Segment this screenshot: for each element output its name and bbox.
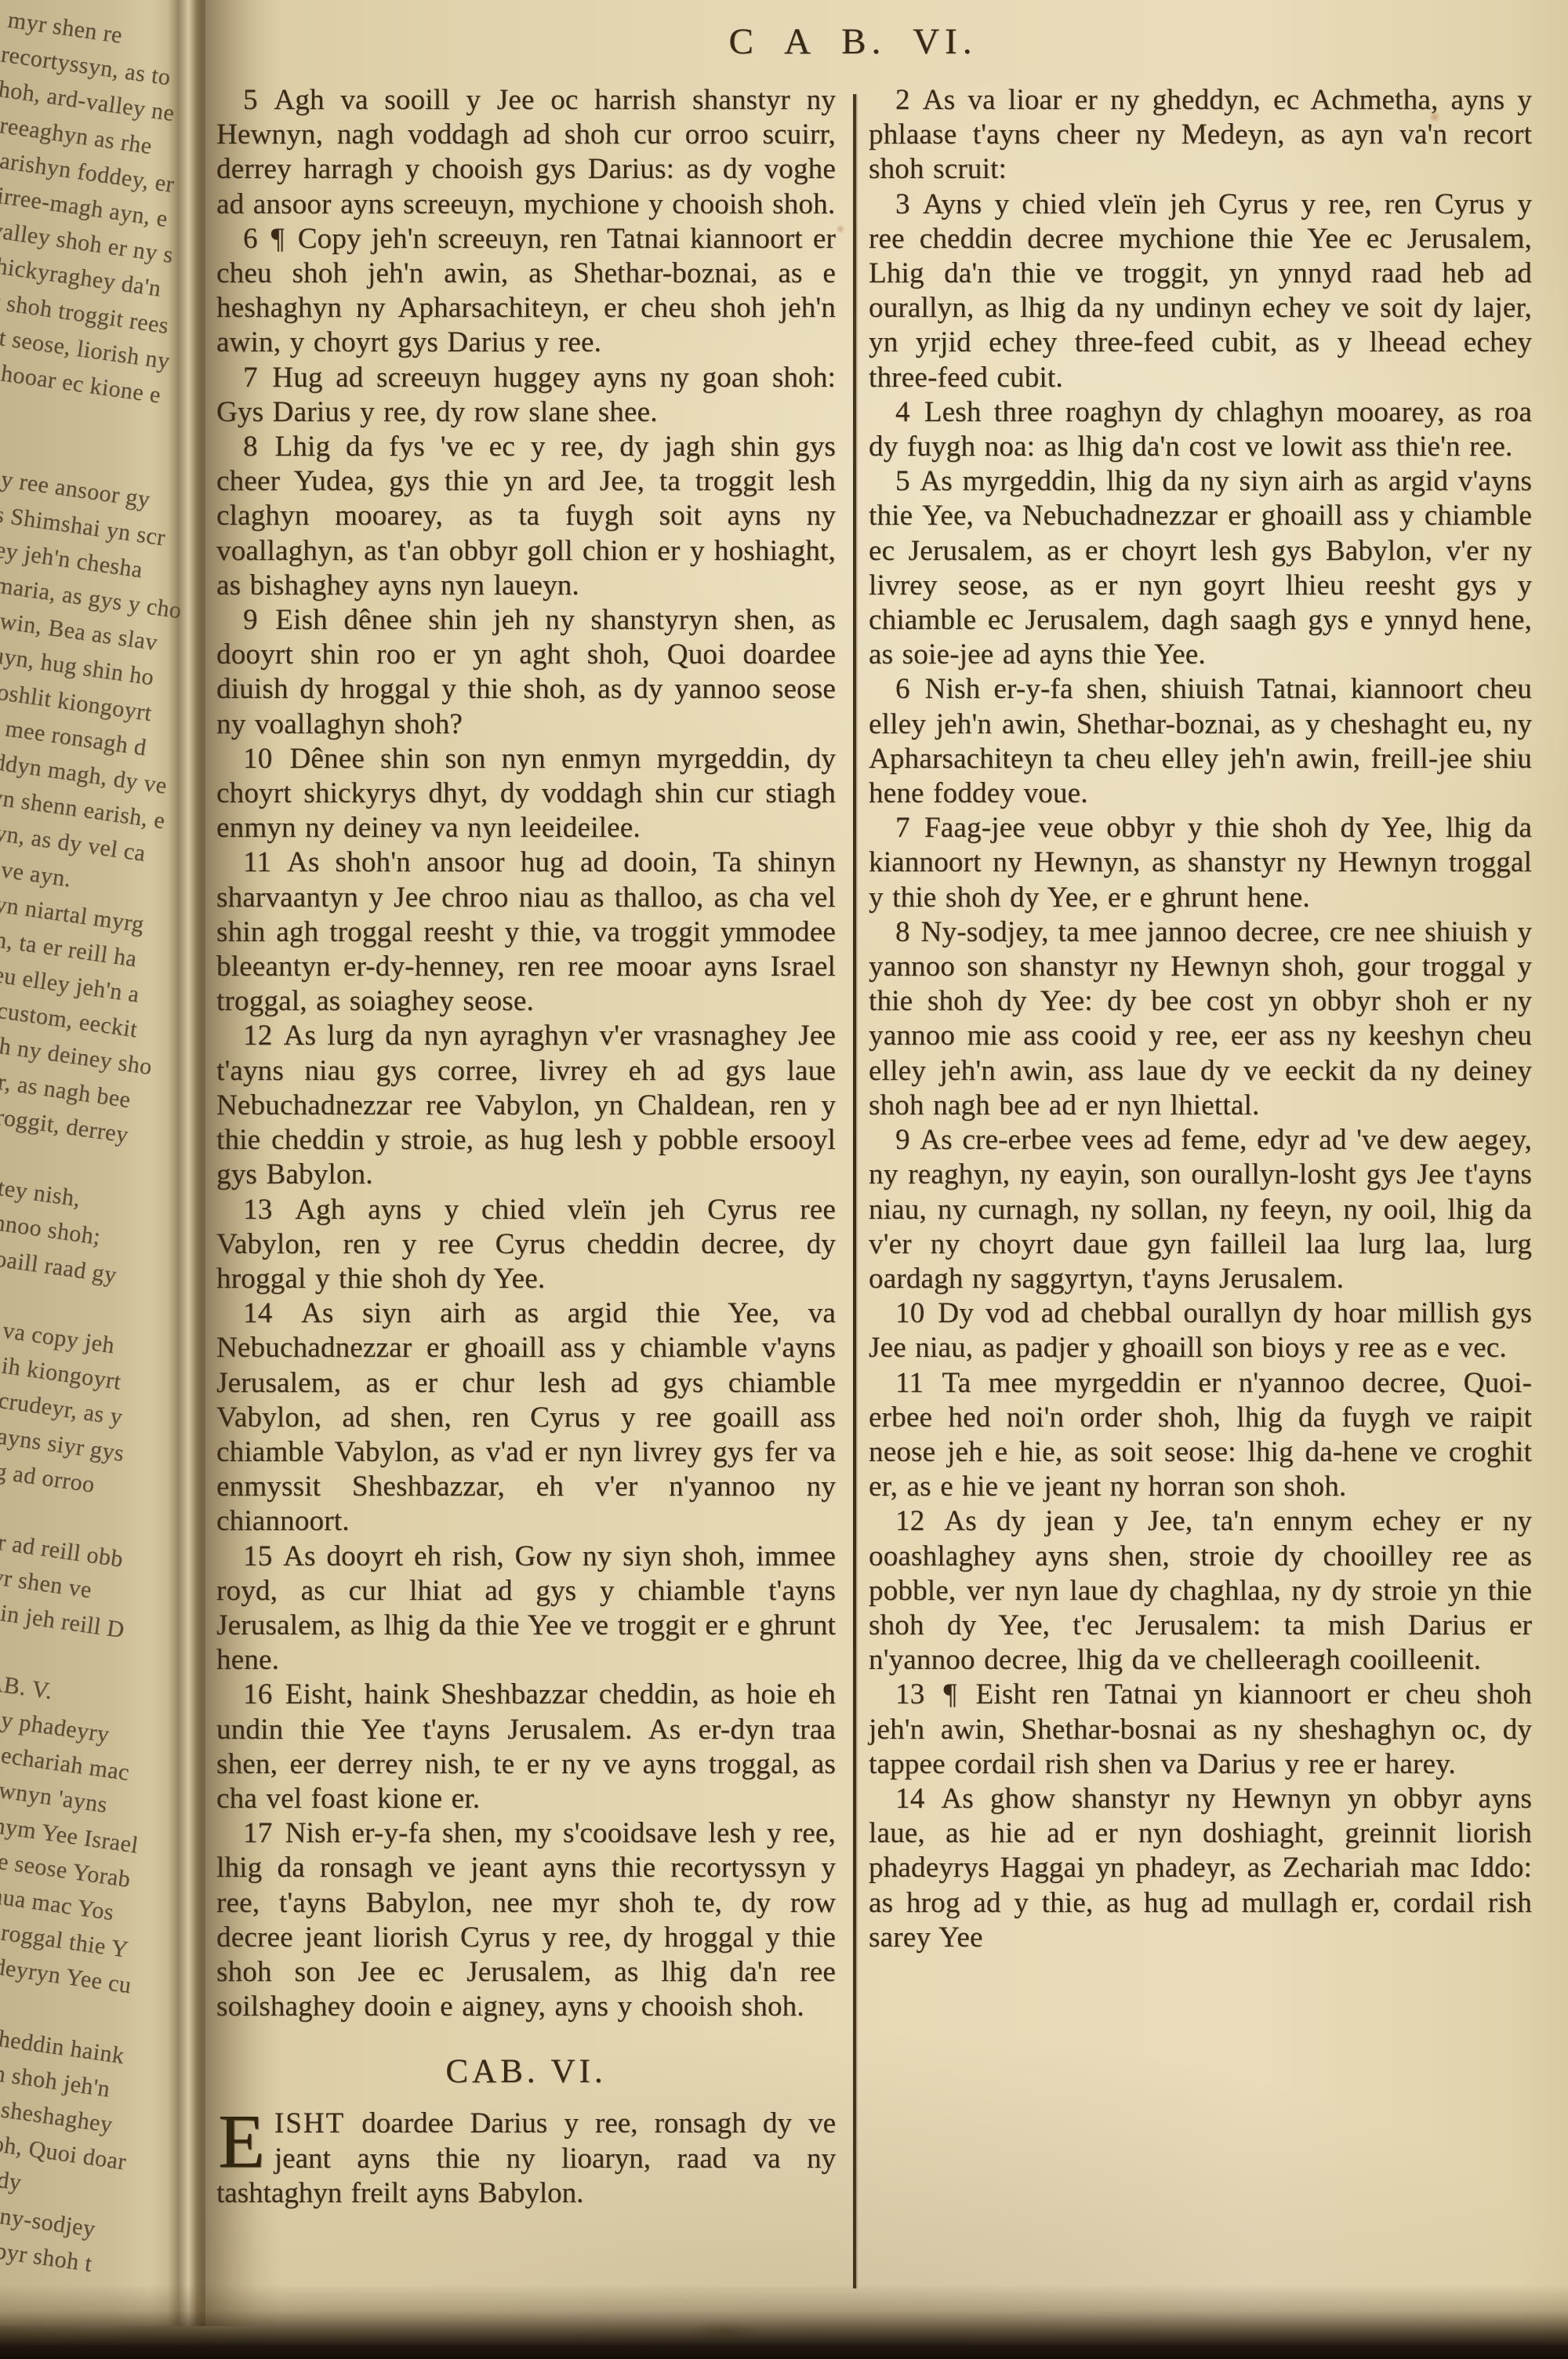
verse-11: 11 Ta mee myrgeddin er n'yannoo decree, … bbox=[869, 1366, 1532, 1505]
verse-number: 12 bbox=[895, 1505, 926, 1537]
verse-14: 14 As siyn airh as argid thie Yee, va Ne… bbox=[216, 1296, 836, 1539]
verse-number: 12 bbox=[243, 1020, 274, 1052]
verse-8: 8 Lhig da fys 've ec y ree, dy jagh shin… bbox=[216, 430, 836, 603]
opening-word-caps: ISHT bbox=[274, 2107, 345, 2139]
verse-number: 11 bbox=[243, 846, 273, 878]
dropcap-initial: E bbox=[218, 2110, 265, 2173]
verse-number: 3 bbox=[895, 188, 912, 220]
left-column-verses: 5 Agh va sooill y Jee oc harrish shansty… bbox=[216, 83, 836, 2024]
verse-number: 14 bbox=[895, 1783, 926, 1815]
foxing-stain bbox=[690, 2321, 760, 2342]
verse-number: 7 bbox=[895, 812, 912, 844]
verse-6: 6 ¶ Copy jeh'n screeuyn, ren Tatnai kian… bbox=[216, 222, 836, 361]
previous-page-edge: yn; myr shen reny recortyssyn, as toy sh… bbox=[0, 0, 202, 2326]
verse-number: 8 bbox=[243, 431, 260, 463]
verse-number: 15 bbox=[243, 1540, 274, 1572]
right-column-verses: 2 As va lioar er ny gheddyn, ec Achmetha… bbox=[869, 83, 1532, 1955]
verse-number: 7 bbox=[243, 362, 260, 394]
verse-10: 10 Dênee shin son nyn enmyn myrgeddin, d… bbox=[216, 742, 836, 846]
verse-12: 12 As dy jean y Jee, ta'n ennym echey er… bbox=[869, 1504, 1532, 1677]
right-column: 2 As va lioar er ny gheddyn, ec Achmetha… bbox=[869, 83, 1532, 1955]
verse-number: 8 bbox=[895, 916, 912, 948]
chapter-heading: CAB. VI. bbox=[216, 2052, 836, 2091]
verse-number: 4 bbox=[895, 396, 912, 428]
verse-3: 3 Ayns y chied vleïn jeh Cyrus y ree, re… bbox=[869, 187, 1532, 395]
book-page-scan: yn; myr shen reny recortyssyn, as toy sh… bbox=[0, 0, 1568, 2359]
verse-number: 6 bbox=[895, 673, 912, 705]
verse-12: 12 As lurg da nyn ayraghyn v'er vrasnagh… bbox=[216, 1019, 836, 1192]
verse-9: 9 As cre-erbee vees ad feme, edyr ad 've… bbox=[869, 1123, 1532, 1296]
verse-number: 6 bbox=[243, 223, 260, 255]
verse-number: 16 bbox=[243, 1678, 274, 1710]
pilcrow-mark: ¶ bbox=[260, 223, 288, 255]
running-head: C A B. VI. bbox=[202, 20, 1504, 63]
verse-11: 11 As shoh'n ansoor hug ad dooin, Ta shi… bbox=[216, 845, 836, 1019]
verse-8: 8 Ny-sodjey, ta mee jannoo decree, cre n… bbox=[869, 915, 1532, 1123]
verse-number: 9 bbox=[243, 604, 260, 636]
book-bottom-edge bbox=[0, 2284, 1568, 2359]
left-column: 5 Agh va sooill y Jee oc harrish shansty… bbox=[216, 83, 836, 2211]
verse-number: 9 bbox=[895, 1124, 912, 1156]
verse-number: 13 bbox=[243, 1194, 274, 1226]
verse-number: 5 bbox=[895, 465, 912, 497]
verse-5: 5 As myrgeddin, lhig da ny siyn airh as … bbox=[869, 464, 1532, 672]
verse-13: 13 ¶ Eisht ren Tatnai yn kiannoort er ch… bbox=[869, 1677, 1532, 1782]
chapter-opening: EISHT doardee Darius y ree, ronsagh dy v… bbox=[216, 2106, 836, 2211]
verse-17: 17 Nish er-y-fa shen, my s'cooidsave les… bbox=[216, 1816, 836, 2024]
verse-number: 2 bbox=[895, 84, 912, 116]
verse-number: 11 bbox=[895, 1367, 925, 1399]
verse-5: 5 Agh va sooill y Jee oc harrish shansty… bbox=[216, 83, 836, 222]
verse-13: 13 Agh ayns y chied vleïn jeh Cyrus ree … bbox=[216, 1193, 836, 1297]
verse-number: 17 bbox=[243, 1817, 274, 1849]
previous-page-text: yn; myr shen reny recortyssyn, as toy sh… bbox=[0, 0, 202, 2265]
verse-2: 2 As va lioar er ny gheddyn, ec Achmetha… bbox=[869, 83, 1532, 187]
verse-15: 15 As dooyrt eh rish, Gow ny siyn shoh, … bbox=[216, 1539, 836, 1678]
text-columns: 5 Agh va sooill y Jee oc harrish shansty… bbox=[216, 83, 1532, 2288]
verse-4: 4 Lesh three roaghyn dy chlaghyn mooarey… bbox=[869, 395, 1532, 464]
verse-7: 7 Faag-jee veue obbyr y thie shoh dy Yee… bbox=[869, 811, 1532, 915]
verse-number: 13 bbox=[895, 1678, 926, 1710]
verse-6: 6 Nish er-y-fa shen, shiuish Tatnai, kia… bbox=[869, 672, 1532, 811]
verse-10: 10 Dy vod ad chebbal ourallyn dy hoar mi… bbox=[869, 1296, 1532, 1365]
verse-16: 16 Eisht, haink Sheshbazzar cheddin, as … bbox=[216, 1677, 836, 1816]
verse-number: 5 bbox=[243, 84, 260, 116]
verse-14: 14 As ghow shanstyr ny Hewnyn yn obbyr a… bbox=[869, 1782, 1532, 1955]
column-divider-rule bbox=[853, 94, 856, 2288]
verse-7: 7 Hug ad screeuyn huggey ayns ny goan sh… bbox=[216, 361, 836, 430]
verse-number: 14 bbox=[243, 1297, 274, 1329]
pilcrow-mark: ¶ bbox=[926, 1678, 960, 1710]
verse-number: 10 bbox=[243, 743, 274, 775]
verse-9: 9 Eish dênee shin jeh ny shanstyryn shen… bbox=[216, 603, 836, 742]
verse-number: 10 bbox=[895, 1297, 926, 1329]
